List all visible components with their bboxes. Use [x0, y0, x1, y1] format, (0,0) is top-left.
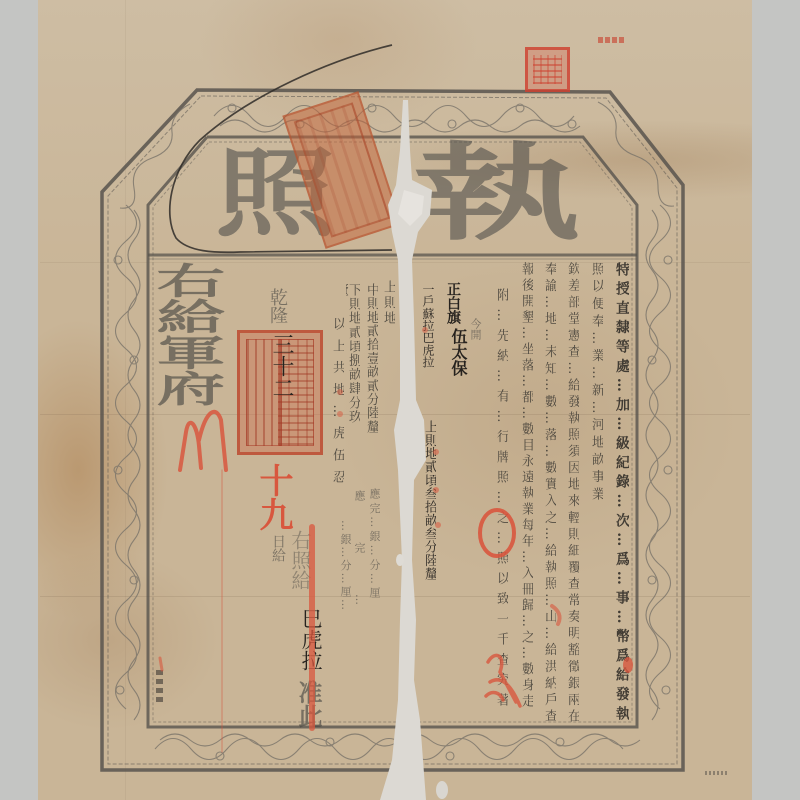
paper-tear: [0, 0, 800, 800]
document-photo: 照 執 右給軍府 乾隆 三十二 十九 日給 上則地 中則地貳拾壹畝貳分陸釐 下則…: [0, 0, 800, 800]
